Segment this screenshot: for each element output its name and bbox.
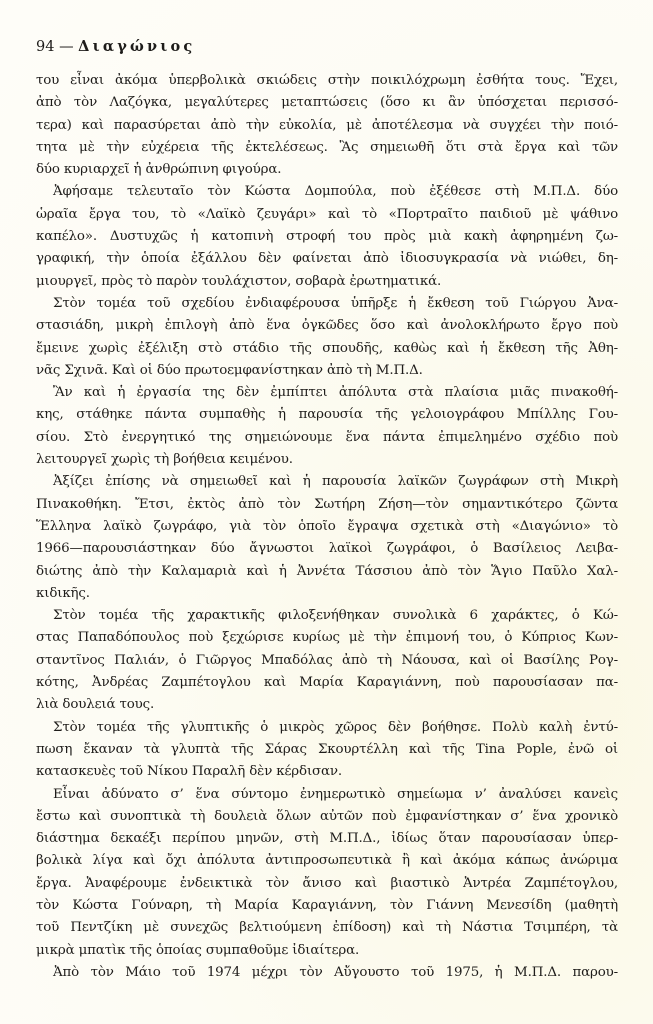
paragraph-first-line: Ἂν καὶ ἡ ἐργασία της δὲν ἐμπίπτει ἀπόλυτ…: [36, 382, 618, 404]
text-line: τὸν Κώστα Γούναρη, τὴ Μαρία Καραγιάννη, …: [36, 895, 618, 917]
text-line: ὡραῖα ἔργα του, τὸ «Λαϊκὸ ζευγάρι» καὶ τ…: [36, 204, 618, 226]
paragraph-first-line: Εἶναι ἀδύνατο σ’ ἕνα σύντομο ἐνημερωτικὸ…: [36, 784, 618, 806]
text-line: ἔστω καὶ συνοπτικὰ τὴ δουλειὰ ὅλων αὐτῶν…: [36, 806, 618, 828]
paragraph-first-line: Στὸν τομέα τῆς χαρακτικῆς φιλοξενήθηκαν …: [36, 605, 618, 627]
text-line: τοῦ Πεντζίκη μὲ συνεχῶς βελτιούμενη ἐπίδ…: [36, 917, 618, 939]
text-line: τητα μὲ τὴν εὐχέρεια τῆς ἐκτελέσεως. Ἂς …: [36, 137, 618, 159]
text-line: νᾶς Σχινᾶ. Καὶ οἱ δύο πρωτοεμφανίστηκαν …: [36, 360, 618, 382]
text-line: Πινακοθήκη. Ἔτσι, ἐκτὸς ἀπὸ τὸν Σωτήρη Ζ…: [36, 494, 618, 516]
scanned-book-page: 94 — Διαγώνιος του εἶναι ἀκόμα ὑπερβολικ…: [0, 0, 653, 1024]
text-line: πωση ἔκαναν τὰ γλυπτὰ τῆς Σάρας Σκουρτέλ…: [36, 739, 618, 761]
header-separator: —: [59, 39, 74, 55]
text-line: κότης, Ἀνδρέας Ζαμπέτογλου καὶ Μαρία Καρ…: [36, 672, 618, 694]
text-line: ἀπὸ τὸν Λαζόγκα, μεγαλύτερες μεταπτώσεις…: [36, 92, 618, 114]
paragraph-first-line: Στὸν τομέα τῆς γλυπτικῆς ὁ μικρὸς χῶρος …: [36, 717, 618, 739]
text-line: ἔμεινε χωρὶς ἐξέλιξη στὸ στάδιο τῆς σπου…: [36, 338, 618, 360]
text-line: διώτης ἀπὸ τὴν Καλαμαριὰ καὶ ἡ Ἀννέτα Τά…: [36, 561, 618, 583]
text-line: 1966—παρουσιάστηκαν δύο ἄγνωστοι λαϊκοὶ …: [36, 538, 618, 560]
body-text: του εἶναι ἀκόμα ὑπερβολικὰ σκιώδεις στὴν…: [36, 70, 618, 984]
text-line: σταντῖνος Παλιάν, ὁ Γιῶργος Μπαδόλας ἀπὸ…: [36, 650, 618, 672]
text-line: κιδικῆς.: [36, 583, 618, 605]
text-line: βολικὰ λίγα καὶ ὄχι ἀπόλυτα ἀντιπροσωπευ…: [36, 850, 618, 872]
text-line: τερα) καὶ παρασύρεται ἀπὸ τὴν εὐκολία, μ…: [36, 115, 618, 137]
text-line: καπέλο». Δυστυχῶς ἡ κατοπινὴ στροφή του …: [36, 226, 618, 248]
text-line: ἔργα. Ἀναφέρουμε ἐνδεικτικὰ τὸν ἄνισο κα…: [36, 873, 618, 895]
text-line: στασιάδη, μικρὴ ἐπιλογὴ ἀπὸ ἕνα ὀγκῶδες …: [36, 315, 618, 337]
text-line: μιουργεῖ, πρὸς τὸ παρὸν τουλάχιστον, σοβ…: [36, 271, 618, 293]
page-number: 94: [36, 39, 54, 55]
running-header: 94 — Διαγώνιος: [36, 38, 195, 55]
text-line: λειτουργεῖ χωρὶς τὴ βοήθεια κειμένου.: [36, 449, 618, 471]
text-line: διάστημα δεκαέξι περίπου μηνῶν, στὴ Μ.Π.…: [36, 828, 618, 850]
text-line: δύο κυριαρχεῖ ἡ ἀνθρώπινη φιγούρα.: [36, 159, 618, 181]
running-title: Διαγώνιος: [78, 38, 195, 55]
text-line: μικρὰ μπατὶκ τῆς ὁποίας συμπαθοῦμε ἰδιαί…: [36, 940, 618, 962]
text-line: λιὰ δουλειά τους.: [36, 694, 618, 716]
paragraph-first-line: Ἀπὸ τὸν Μάιο τοῦ 1974 μέχρι τὸν Αὔγουστο…: [36, 962, 618, 984]
text-line: σίου. Στὸ ἐνεργητικό της σημειώνουμε ἕνα…: [36, 427, 618, 449]
text-line: Ἕλληνα λαϊκὸ ζωγράφο, γιὰ τὸν ὁποῖο ἔγρα…: [36, 516, 618, 538]
text-line: του εἶναι ἀκόμα ὑπερβολικὰ σκιώδεις στὴν…: [36, 70, 618, 92]
paragraph-first-line: Στὸν τομέα τοῦ σχεδίου ἐνδιαφέρουσα ὑπῆρ…: [36, 293, 618, 315]
paragraph-first-line: Ἀφήσαμε τελευταῖο τὸν Κώστα Δομπούλα, πο…: [36, 181, 618, 203]
text-line: γραφική, τὴν ὁποία ἐξάλλου δὲν φαίνεται …: [36, 248, 618, 270]
text-line: στας Παπαδόπουλος ποὺ ξεχώρισε κυρίως μὲ…: [36, 627, 618, 649]
paragraph-first-line: Ἀξίζει ἐπίσης νὰ σημειωθεῖ καὶ ἡ παρουσί…: [36, 471, 618, 493]
text-line: κης, στάθηκε πάντα συμπαθὴς ἡ παρουσία τ…: [36, 404, 618, 426]
text-line: κατασκευὲς τοῦ Νίκου Παραλῆ δὲν κέρδισαν…: [36, 761, 618, 783]
